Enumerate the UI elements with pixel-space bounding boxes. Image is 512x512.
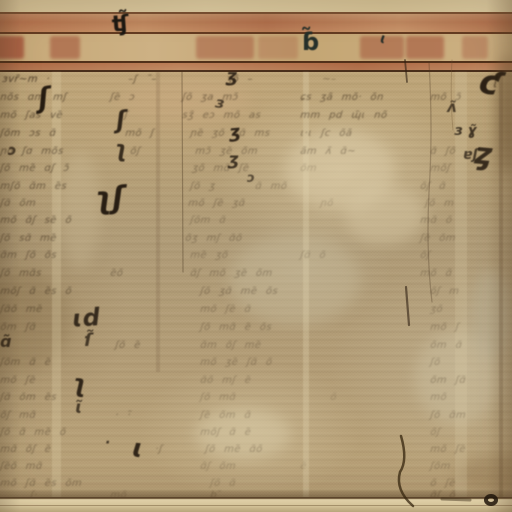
crack-line <box>399 436 413 506</box>
crack-line <box>405 60 407 82</box>
crack-line <box>182 72 183 272</box>
crack-line <box>442 499 470 500</box>
crack-overlay <box>0 0 512 512</box>
crack-line <box>406 287 409 325</box>
manuscript-photo: ʧ̃ɓ̃ɩ ɜvr̃~m ·–ʃ ˜–ʒõ –~–ɭnõs ɑm mʃʃẽ ɔʃ… <box>0 0 512 512</box>
crack-line <box>428 62 432 302</box>
crack-line <box>486 496 496 504</box>
crack-line <box>451 60 453 130</box>
